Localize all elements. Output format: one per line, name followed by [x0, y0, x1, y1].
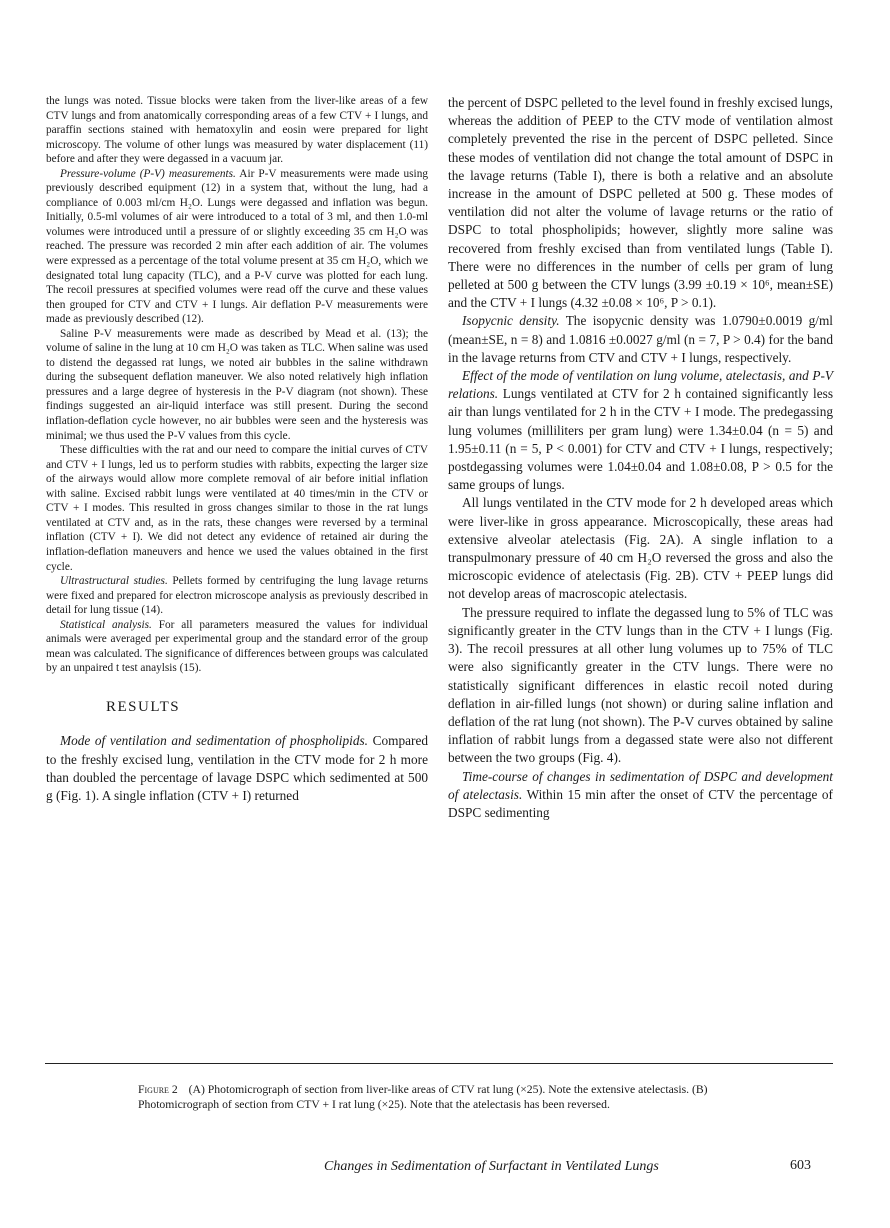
paragraph-text: These difficulties with the rat and our … [46, 444, 428, 572]
horizontal-rule [45, 1063, 833, 1064]
figure-label: Figure 2 [138, 1083, 178, 1096]
right-column: the percent of DSPC pelleted to the leve… [448, 94, 833, 822]
paragraph: the percent of DSPC pelleted to the leve… [448, 94, 833, 312]
paragraph-text: the lungs was noted. Tissue blocks were … [46, 95, 428, 165]
paragraph: Saline P-V measurements were made as des… [46, 327, 428, 443]
paragraph: the lungs was noted. Tissue blocks were … [46, 94, 428, 167]
run-in-heading: Isopycnic density. [462, 313, 560, 328]
paragraph: Effect of the mode of ventilation on lun… [448, 367, 833, 494]
paragraph: These difficulties with the rat and our … [46, 443, 428, 574]
section-heading-results: RESULTS [106, 700, 428, 715]
paragraph: Mode of ventilation and sedimentation of… [46, 732, 428, 805]
paragraph-text: All lungs ventilated in the CTV mode for… [448, 495, 833, 601]
run-in-heading: Ultrastructural studies. [60, 575, 168, 587]
paragraph: Isopycnic density. The isopycnic density… [448, 312, 833, 367]
results-block: Mode of ventilation and sedimentation of… [46, 732, 428, 805]
paragraph: Time-course of changes in sedimentation … [448, 768, 833, 823]
paragraph: All lungs ventilated in the CTV mode for… [448, 494, 833, 603]
paragraph-text: the percent of DSPC pelleted to the leve… [448, 95, 833, 310]
run-in-heading: Mode of ventilation and sedimentation of… [60, 733, 368, 748]
paragraph: The pressure required to inflate the deg… [448, 604, 833, 768]
paragraph: Statistical analysis. For all parameters… [46, 618, 428, 676]
paragraph-text: The pressure required to inflate the deg… [448, 605, 833, 766]
running-title: Changes in Sedimentation of Surfactant i… [324, 1159, 659, 1175]
run-in-heading: Statistical analysis. [60, 619, 152, 631]
paragraph-text: Lungs ventilated at CTV for 2 h containe… [448, 386, 833, 492]
paragraph: Pressure-volume (P-V) measurements. Air … [46, 167, 428, 327]
figure-caption-text: (A) Photomicrograph of section from live… [138, 1083, 708, 1111]
paragraph-text: Saline P-V measurements were made as des… [46, 328, 428, 442]
page-number: 603 [790, 1158, 811, 1174]
paragraph-text: Air P-V measurements were made using pre… [46, 168, 428, 325]
left-column: the lungs was noted. Tissue blocks were … [46, 94, 428, 805]
paragraph: Ultrastructural studies. Pellets formed … [46, 574, 428, 618]
figure-caption: Figure 2 (A) Photomicrograph of section … [138, 1082, 733, 1112]
run-in-heading: Pressure-volume (P-V) measurements. [60, 168, 236, 180]
